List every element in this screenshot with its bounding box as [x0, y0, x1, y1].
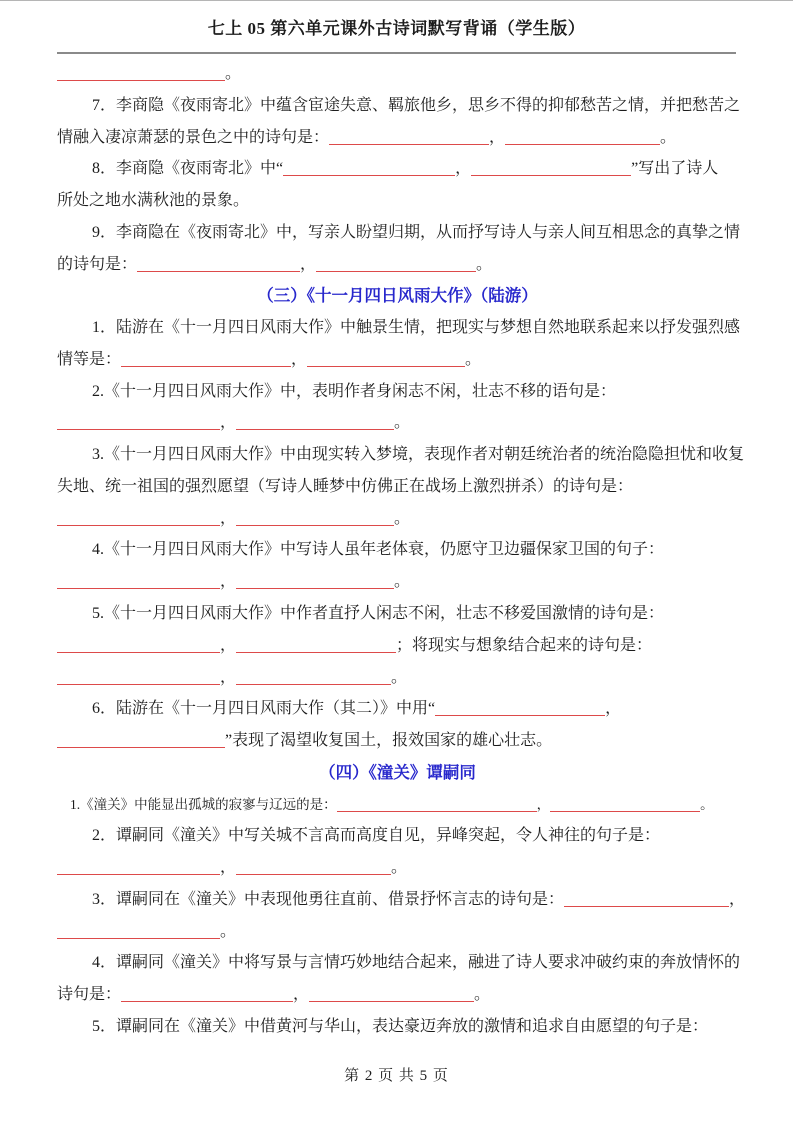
text-run: 4．谭嗣同《潼关》中将写景与言情巧妙地结合起来，融进了诗人要求冲破约束的奔放情怀…: [92, 954, 740, 971]
document-line-27: 3．谭嗣同在《潼关》中表现他勇往直前、借景抒怀言志的诗句是：，: [57, 884, 738, 916]
document-line-13: 3.《十一月四日风雨大作》中由现实转入梦境，表现作者对朝廷统治者的统治隐隐担忧和…: [57, 439, 738, 471]
text-run: 1.《潼关》中能显出孤城的寂寥与辽远的是：: [70, 797, 337, 812]
answer-blank-line: [435, 699, 605, 716]
page-title: 七上 05 第六单元课外古诗词默写背诵（学生版）: [0, 14, 793, 39]
document-line-21: 6．陆游在《十一月四日风雨大作（其二）》中用“，: [57, 693, 738, 725]
document-body: 。7．李商隐《夜雨寄北》中蕴含宦途失意、羁旅他乡，思乡不得的抑郁愁苦之情，并把愁…: [57, 58, 738, 1043]
answer-blank-line: [316, 255, 476, 272]
text-run: 的诗句是：: [57, 256, 137, 273]
text-run: 情等是：: [57, 351, 121, 368]
answer-blank-line: [236, 572, 394, 589]
answer-blank-line: [505, 128, 660, 145]
section-heading-3: （三）《十一月四日风雨大作》（陆游）: [57, 280, 738, 312]
document-line-16: 4.《十一月四日风雨大作》中写诗人虽年老体衰，仍愿守卫边疆保家卫国的句子：: [57, 534, 738, 566]
text-run: ，: [537, 797, 551, 812]
answer-blank-line: [550, 797, 700, 812]
text-run: 4.《十一月四日风雨大作》中写诗人虽年老体衰，仍愿守卫边疆保家卫国的句子：: [92, 541, 664, 558]
text-run: ，: [455, 160, 471, 177]
answer-blank-line: [57, 413, 220, 430]
document-line-25: 2．谭嗣同《潼关》中写关城不言高而高度自见，异峰突起，令人神往的句子是：: [57, 820, 738, 852]
text-run: 3.《十一月四日风雨大作》中由现实转入梦境，表现作者对朝廷统治者的统治隐隐担忧和…: [92, 446, 744, 463]
answer-blank-line: [471, 159, 631, 176]
answer-blank-line: [236, 636, 396, 653]
answer-blank-line: [236, 668, 391, 685]
document-line-7: 的诗句是：，。: [57, 249, 738, 281]
text-run: 。: [700, 797, 714, 812]
text-run: 。: [394, 510, 410, 527]
answer-blank-line: [57, 64, 225, 81]
text-run: 。: [225, 65, 241, 82]
text-run: （三）《十一月四日风雨大作》（陆游）: [257, 286, 538, 305]
answer-blank-line: [57, 922, 220, 939]
text-run: 。: [394, 414, 410, 431]
document-line-5: 所处之地水满秋池的景象。: [57, 185, 738, 217]
answer-blank-line: [329, 128, 489, 145]
document-line-11: 2.《十一月四日风雨大作》中，表明作者身闲志不闲，壮志不移的语句是：: [57, 376, 738, 408]
text-run: ，: [293, 986, 309, 1003]
document-line-9: 1．陆游在《十一月四日风雨大作》中触景生情，把现实与梦想自然地联系起来以抒发强烈…: [57, 312, 738, 344]
text-run: 。: [391, 859, 407, 876]
text-run: ，: [220, 510, 236, 527]
answer-blank-line: [57, 731, 225, 748]
answer-blank-line: [309, 985, 474, 1002]
text-run: 2．谭嗣同《潼关》中写关城不言高而高度自见，异峰突起，令人神往的句子是：: [92, 827, 660, 844]
header-rule: [57, 52, 736, 54]
text-run: 。: [476, 256, 492, 273]
text-run: ；将现实与想象结合起来的诗句是：: [396, 637, 652, 654]
document-line-12: ，。: [57, 407, 738, 439]
text-run: 8．李商隐《夜雨寄北》中“: [92, 160, 283, 177]
document-line-30: 诗句是：，。: [57, 979, 738, 1011]
document-line-14: 失地、统一祖国的强烈愿望（写诗人睡梦中仿佛正在战场上激烈拼杀）的诗句是：: [57, 471, 738, 503]
document-line-29: 4．谭嗣同《潼关》中将写景与言情巧妙地结合起来，融进了诗人要求冲破约束的奔放情怀…: [57, 947, 738, 979]
document-line-28: 。: [57, 916, 738, 948]
document-line-15: ，。: [57, 503, 738, 535]
answer-blank-line: [57, 636, 220, 653]
text-run: ，: [605, 700, 621, 717]
text-run: 3．谭嗣同在《潼关》中表现他勇往直前、借景抒怀言志的诗句是：: [92, 891, 564, 908]
text-run: ”写出了诗人: [631, 160, 718, 177]
text-run: 9．李商隐在《夜雨寄北》中，写亲人盼望归期，从而抒写诗人与亲人间互相思念的真挚之…: [92, 224, 740, 241]
document-line-18: 5.《十一月四日风雨大作》中作者直抒人闲志不闲，壮志不移爱国激情的诗句是：: [57, 598, 738, 630]
text-run: ，: [220, 573, 236, 590]
text-run: 情融入凄凉萧瑟的景色之中的诗句是：: [57, 129, 329, 146]
text-run: 。: [220, 923, 236, 940]
document-line-24: 1.《潼关》中能显出孤城的寂寥与辽远的是：，。: [57, 789, 738, 821]
text-run: ，: [300, 256, 316, 273]
text-run: ，: [220, 637, 236, 654]
answer-blank-line: [564, 890, 729, 907]
text-run: 失地、统一祖国的强烈愿望（写诗人睡梦中仿佛正在战场上激烈拼杀）的诗句是：: [57, 478, 633, 495]
text-run: 。: [394, 573, 410, 590]
text-run: （四）《潼关》谭嗣同: [319, 763, 476, 782]
document-line-26: ，。: [57, 852, 738, 884]
text-run: 1．陆游在《十一月四日风雨大作》中触景生情，把现实与梦想自然地联系起来以抒发强烈…: [92, 319, 740, 336]
text-run: 2.《十一月四日风雨大作》中，表明作者身闲志不闲，壮志不移的语句是：: [92, 383, 616, 400]
text-run: 。: [391, 669, 407, 686]
answer-blank-line: [137, 255, 300, 272]
document-line-3: 情融入凄凉萧瑟的景色之中的诗句是：，。: [57, 122, 738, 154]
text-run: ”表现了渴望收复国土，报效国家的雄心壮志。: [225, 732, 552, 749]
text-run: 。: [474, 986, 490, 1003]
text-run: 。: [465, 351, 481, 368]
document-line-2: 7．李商隐《夜雨寄北》中蕴含宦途失意、羁旅他乡，思乡不得的抑郁愁苦之情，并把愁苦…: [57, 90, 738, 122]
page-footer: 第 2 页 共 5 页: [0, 1064, 793, 1085]
text-run: ，: [489, 129, 505, 146]
text-run: 5.《十一月四日风雨大作》中作者直抒人闲志不闲，壮志不移爱国激情的诗句是：: [92, 605, 664, 622]
answer-blank-line: [121, 350, 291, 367]
answer-blank-line: [236, 858, 391, 875]
document-line-1: 。: [57, 58, 738, 90]
answer-blank-line: [57, 572, 220, 589]
answer-blank-line: [236, 413, 394, 430]
answer-blank-line: [57, 858, 220, 875]
document-line-4: 8．李商隐《夜雨寄北》中“，”写出了诗人: [57, 153, 738, 185]
document-line-17: ，。: [57, 566, 738, 598]
text-run: 6．陆游在《十一月四日风雨大作（其二）》中用“: [92, 700, 435, 717]
answer-blank-line: [307, 350, 465, 367]
document-line-22: ”表现了渴望收复国土，报效国家的雄心壮志。: [57, 725, 738, 757]
answer-blank-line: [283, 159, 455, 176]
section-heading-4: （四）《潼关》谭嗣同: [57, 757, 738, 789]
text-run: ，: [220, 414, 236, 431]
answer-blank-line: [121, 985, 293, 1002]
text-run: 5．谭嗣同在《潼关》中借黄河与华山，表达豪迈奔放的激情和追求自由愿望的句子是：: [92, 1018, 708, 1035]
answer-blank-line: [57, 509, 220, 526]
text-run: ，: [220, 859, 236, 876]
document-line-20: ，。: [57, 662, 738, 694]
document-line-19: ，；将现实与想象结合起来的诗句是：: [57, 630, 738, 662]
answer-blank-line: [57, 668, 220, 685]
text-run: 7．李商隐《夜雨寄北》中蕴含宦途失意、羁旅他乡，思乡不得的抑郁愁苦之情，并把愁苦…: [92, 97, 740, 114]
text-run: ，: [729, 891, 745, 908]
answer-blank-line: [337, 797, 537, 812]
text-run: ，: [291, 351, 307, 368]
document-line-31: 5．谭嗣同在《潼关》中借黄河与华山，表达豪迈奔放的激情和追求自由愿望的句子是：: [57, 1011, 738, 1043]
answer-blank-line: [236, 509, 394, 526]
text-run: ，: [220, 669, 236, 686]
document-line-10: 情等是：，。: [57, 344, 738, 376]
document-line-6: 9．李商隐在《夜雨寄北》中，写亲人盼望归期，从而抒写诗人与亲人间互相思念的真挚之…: [57, 217, 738, 249]
worksheet-page: 七上 05 第六单元课外古诗词默写背诵（学生版） 。7．李商隐《夜雨寄北》中蕴含…: [0, 0, 793, 1123]
text-run: 。: [660, 129, 676, 146]
text-run: 诗句是：: [57, 986, 121, 1003]
text-run: 所处之地水满秋池的景象。: [57, 192, 249, 209]
